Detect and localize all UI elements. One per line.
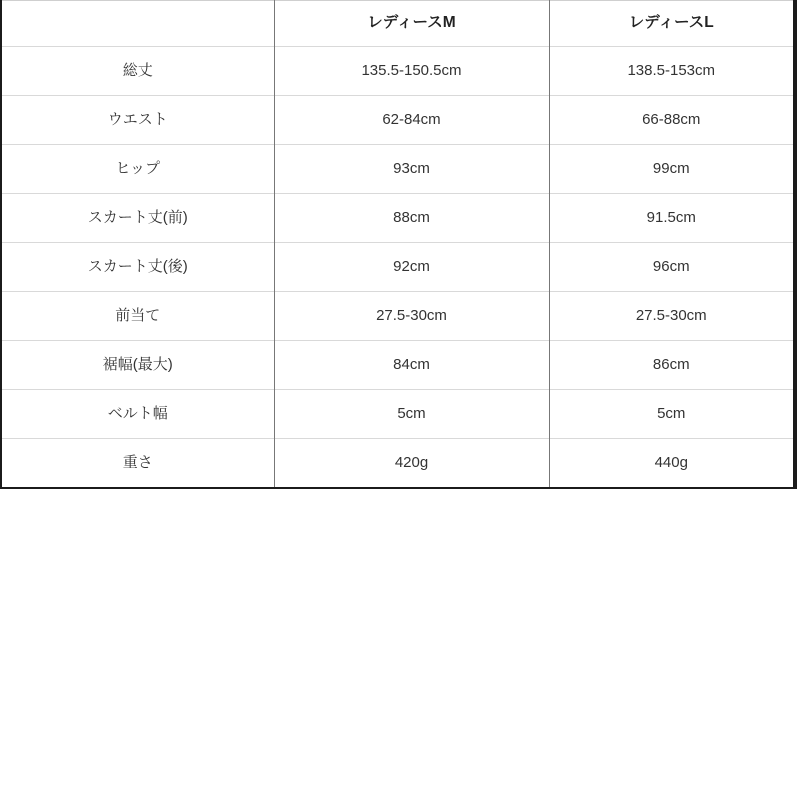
row-label: スカート丈(前) [1, 194, 274, 243]
value-m: 5cm [274, 390, 549, 439]
table-row-front-bib: 前当て 27.5-30cm 27.5-30cm [1, 292, 795, 341]
value-l: 66-88cm [549, 96, 795, 145]
row-label: 裾幅(最大) [1, 341, 274, 390]
value-m: 84cm [274, 341, 549, 390]
table-row-weight: 重さ 420g 440g [1, 439, 795, 488]
row-label: 総丈 [1, 47, 274, 96]
value-l: 86cm [549, 341, 795, 390]
table-row-skirt-length-front: スカート丈(前) 88cm 91.5cm [1, 194, 795, 243]
value-m: 420g [274, 439, 549, 488]
column-header-ladies-m: レディースM [274, 1, 549, 47]
value-m: 135.5-150.5cm [274, 47, 549, 96]
header-blank-cell [1, 1, 274, 47]
table-row-belt-width: ベルト幅 5cm 5cm [1, 390, 795, 439]
row-label: ベルト幅 [1, 390, 274, 439]
table-row-waist: ウエスト 62-84cm 66-88cm [1, 96, 795, 145]
column-header-ladies-l: レディースL [549, 1, 795, 47]
row-label: スカート丈(後) [1, 243, 274, 292]
value-l: 91.5cm [549, 194, 795, 243]
table-row-hip: ヒップ 93cm 99cm [1, 145, 795, 194]
row-label: ヒップ [1, 145, 274, 194]
table-row-skirt-length-back: スカート丈(後) 92cm 96cm [1, 243, 795, 292]
value-m: 88cm [274, 194, 549, 243]
header-row: レディースM レディースL [1, 1, 795, 47]
value-m: 27.5-30cm [274, 292, 549, 341]
value-m: 92cm [274, 243, 549, 292]
value-m: 93cm [274, 145, 549, 194]
value-l: 99cm [549, 145, 795, 194]
table-row-hem-width-max: 裾幅(最大) 84cm 86cm [1, 341, 795, 390]
table-row-total-length: 総丈 135.5-150.5cm 138.5-153cm [1, 47, 795, 96]
row-label: ウエスト [1, 96, 274, 145]
size-spec-table: レディースM レディースL 総丈 135.5-150.5cm 138.5-153… [0, 0, 797, 489]
value-m: 62-84cm [274, 96, 549, 145]
value-l: 5cm [549, 390, 795, 439]
value-l: 138.5-153cm [549, 47, 795, 96]
empty-area-below-table [0, 489, 800, 799]
value-l: 96cm [549, 243, 795, 292]
value-l: 27.5-30cm [549, 292, 795, 341]
row-label: 前当て [1, 292, 274, 341]
row-label: 重さ [1, 439, 274, 488]
value-l: 440g [549, 439, 795, 488]
